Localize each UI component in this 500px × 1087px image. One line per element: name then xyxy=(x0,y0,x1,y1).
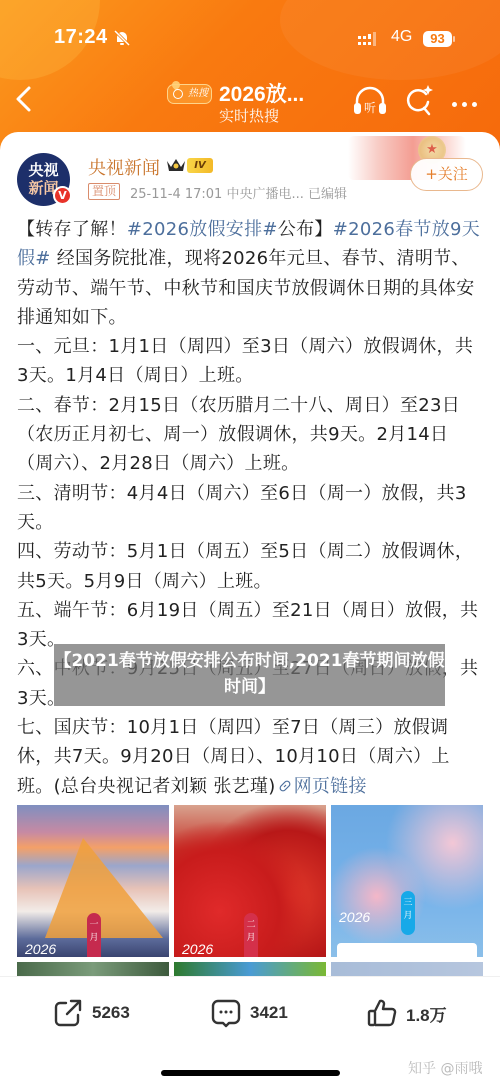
level-badge: IV xyxy=(187,158,213,173)
crown-icon xyxy=(166,156,186,174)
status-time: 17:24 xyxy=(54,26,108,49)
image-year: 2026 xyxy=(25,941,56,957)
holiday-item: 三、清明节：4月4日（周六）至6日（周一）放假，共3天。 xyxy=(17,479,483,538)
post-meta: 25-11-4 17:01 中央广播电... 已编辑 xyxy=(130,183,347,202)
overlay-caption: 【2021春节放假安排公布时间,2021春节期间放假时间】 xyxy=(54,644,445,706)
comment-button[interactable]: 3421 xyxy=(210,995,288,1031)
battery-nub xyxy=(453,36,455,42)
web-link[interactable]: 网页链接 xyxy=(276,776,367,797)
like-button[interactable]: 1.8万 xyxy=(366,995,447,1031)
image-month-tag: 二月 xyxy=(244,913,258,957)
intro-text: 经国务院批准，现将2026年元旦、春节、清明节、劳动节、端午节、中秋节和国庆节放… xyxy=(17,248,475,328)
page-title: 2026放... xyxy=(219,78,304,108)
image-year: 2026 xyxy=(182,941,213,957)
intro-mid: 公布】 xyxy=(278,219,333,240)
image-thumbnail[interactable]: 2026 一月 xyxy=(17,805,169,957)
repost-button[interactable]: 5263 xyxy=(52,995,130,1031)
svg-text:听: 听 xyxy=(364,101,376,115)
author-name[interactable]: 央视新闻 xyxy=(88,154,160,180)
action-bar: 5263 3421 1.8万 xyxy=(0,976,500,1048)
back-icon[interactable] xyxy=(12,84,36,114)
ai-search-icon[interactable] xyxy=(404,84,434,116)
hashtag-link[interactable]: #2026放假安排# xyxy=(127,219,278,240)
web-link-label: 网页链接 xyxy=(294,776,367,797)
thumbs-up-icon xyxy=(366,997,398,1029)
comment-icon xyxy=(210,997,242,1029)
holiday-item-text: 七、国庆节：10月1日（周四）至7日（周三）放假调休，共7天。9月20日（周日）… xyxy=(17,717,450,797)
comment-count: 3421 xyxy=(250,1003,288,1023)
search-icon xyxy=(173,89,183,99)
image-caption-box xyxy=(337,943,477,957)
link-icon xyxy=(278,779,292,793)
post-body: 【转存了解！#2026放假安排#公布】#2026春节放9天假# 经国务院批准，现… xyxy=(17,215,483,801)
image-month-tag: 三月 xyxy=(401,891,415,935)
hot-badge-label: 热搜 xyxy=(188,88,208,99)
pinned-tag: 置顶 xyxy=(88,183,120,200)
home-indicator[interactable] xyxy=(161,1070,340,1076)
more-icon[interactable] xyxy=(452,92,486,106)
battery-indicator: 93 xyxy=(423,31,452,47)
like-count: 1.8万 xyxy=(406,1001,447,1026)
holiday-item: 二、春节：2月15日（农历腊月二十八、周日）至23日（农历正月初七、周一）放假调… xyxy=(17,391,483,479)
nav-bar: 热搜 2026放... 实时热搜 听 xyxy=(0,78,500,128)
mountain-peak xyxy=(45,838,163,938)
network-type: 4G xyxy=(391,28,412,46)
bell-off-icon xyxy=(113,29,131,47)
image-thumbnail[interactable]: 2026 三月 xyxy=(331,805,483,957)
holiday-item: 四、劳动节：5月1日（周五）至5日（周二）放假调休，共5天。5月9日（周六）上班… xyxy=(17,537,483,596)
page-subtitle: 实时热搜 xyxy=(219,105,279,126)
image-month-tag: 一月 xyxy=(87,913,101,957)
signal-icon xyxy=(358,32,382,48)
avatar-text-line1: 央视 xyxy=(17,161,70,179)
listen-icon[interactable]: 听 xyxy=(352,84,388,118)
intro-prefix: 【转存了解！ xyxy=(17,219,127,240)
holiday-item: 一、元旦：1月1日（周四）至3日（周六）放假调休，共3天。1月4日（周日）上班。 xyxy=(17,332,483,391)
post-card: ★ 央视 新闻 V 央视新闻 IV 置顶 25-11-4 17:01 中央广播电… xyxy=(0,132,500,1087)
holiday-item-last: 七、国庆节：10月1日（周四）至7日（周三）放假调休，共7天。9月20日（周日）… xyxy=(17,713,483,801)
post-intro: 【转存了解！#2026放假安排#公布】#2026春节放9天假# 经国务院批准，现… xyxy=(17,215,483,332)
status-bar: 17:24 4G 93 xyxy=(0,26,500,56)
image-year: 2026 xyxy=(339,909,370,925)
repost-count: 5263 xyxy=(92,1003,130,1023)
watermark: 知乎 @雨哦 xyxy=(408,1058,482,1078)
share-icon xyxy=(52,997,84,1029)
hot-search-badge: 热搜 xyxy=(167,84,212,104)
image-thumbnail[interactable]: 2026 二月 xyxy=(174,805,326,957)
follow-button[interactable]: +关注 xyxy=(410,158,483,191)
verified-badge: V xyxy=(53,186,72,205)
